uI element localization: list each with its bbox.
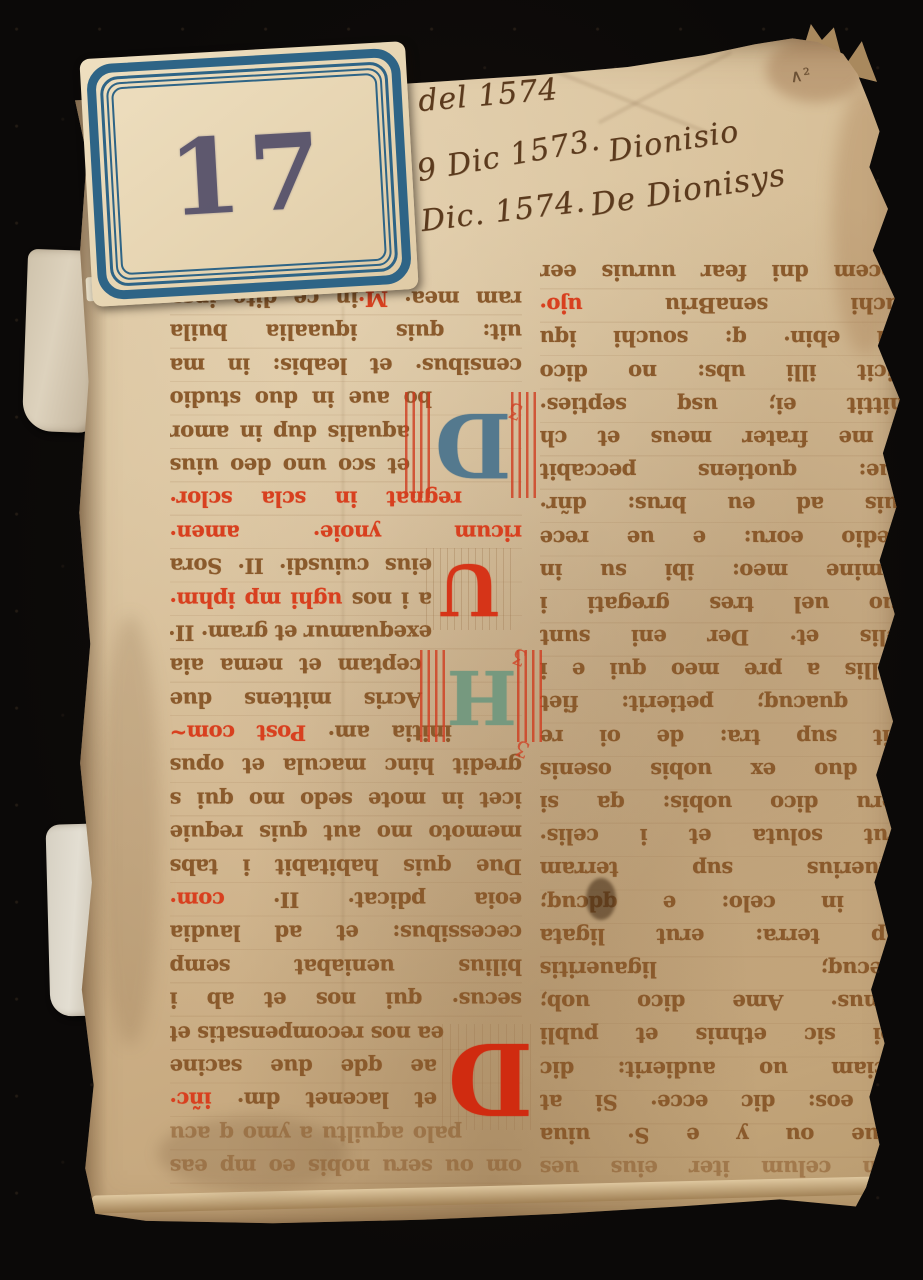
ink-text: A duo ex uobis osenis	[540, 758, 912, 783]
manuscript-line: tibi sic ethnis et publi	[540, 1019, 912, 1052]
illuminated-initial-red-d: D	[442, 1024, 538, 1130]
manuscript-line: ecciam uo audierit: dic	[540, 1053, 912, 1086]
manuscript-line: ricum ynoie· amen·	[170, 516, 522, 549]
ink-text: cum celum iter eius ues	[540, 1156, 912, 1181]
manuscript-line: mit sup tra: de oi re	[540, 721, 912, 754]
manuscript-line: om ou seru nobis eo mp eas	[170, 1150, 522, 1183]
initial-glyph: U	[439, 554, 500, 624]
ink-text: uit: quis iquaalia buila	[170, 320, 522, 345]
ink-text: ecillis a pre meo qui e i	[540, 658, 912, 683]
inscription-date-over-label: del 1574	[417, 72, 560, 119]
manuscript-line: Due quis habitabit i tabs	[170, 850, 522, 883]
manuscript-line: eoia pdicat· II· com·	[170, 883, 522, 916]
ink-text: et lacenet dm·	[212, 1088, 437, 1113]
ink-text: ae qde due sacine	[170, 1054, 437, 1079]
ink-text: cecessibus: et ad laudia	[170, 921, 522, 946]
inscription-owner-name-1: Dionisio	[606, 114, 742, 169]
stain	[100, 616, 160, 1046]
ink-text: mit sup tra: de oi re	[540, 725, 912, 750]
ink-text: bo aue in duo studio	[170, 387, 432, 412]
ink-text: ripue ou y e S· uiua	[540, 1123, 912, 1148]
manuscript-line: memoto mo aut quis requie	[170, 816, 522, 849]
ink-text: ie quacuq; petierit: fiet	[540, 692, 912, 717]
manuscript-line: iteru dico uobis: qa si	[540, 787, 912, 820]
ink-text: nomine meo: ibi su in	[540, 559, 912, 584]
ink-text: Dicit illi ubs: no dico	[540, 360, 912, 385]
shelfmark-label: 17	[79, 41, 418, 307]
ink-text: exequamur et gram· II·	[170, 620, 432, 645]
ink-text: eoia pdicat· II·	[225, 887, 522, 912]
manuscript-line: nomine meo: ibi su in	[540, 555, 912, 588]
ink-text: soluerius sup terram	[540, 858, 912, 883]
label-border: 17	[99, 61, 398, 287]
manuscript-line: i me frater meus et ch	[540, 422, 912, 455]
manuscript-line: gredit hinc macula et opus	[170, 749, 522, 782]
manuscript-line: icet in mote sedo mo qui s	[170, 783, 522, 816]
manuscript-line: et in celo: e qdcuq;	[540, 887, 912, 920]
shelfmark-number: 17	[165, 108, 332, 240]
ink-text: memoto mo aut quis requie	[170, 821, 522, 846]
manuscript-line: erut soluta et i celis·	[540, 820, 912, 853]
manuscript-line: nr eos: dic ecce· Si at	[540, 1086, 912, 1119]
ink-text: Due: quotiens peccabit	[540, 459, 912, 484]
manuscript-line: sup terra: erut ligata	[540, 920, 912, 953]
illuminated-initial-red-block: U	[426, 548, 514, 630]
ink-text: eius cuiusdi· II· Sora	[170, 554, 432, 579]
ink-text: et in celo: e qdcuq;	[540, 891, 912, 916]
label-border: 17	[106, 67, 393, 280]
penwork-hatching	[420, 650, 447, 742]
ink-text: mittit ei; usq septies·	[540, 393, 912, 418]
manuscript-line: duo uel tres gregati i	[540, 588, 912, 621]
ink-text: icet in mote sedo mo qui s	[170, 787, 522, 812]
ink-text: iteru dico uobis: qa si	[540, 791, 912, 816]
ink-text: gredit hinc macula et opus	[170, 754, 522, 779]
photograph-background: { "scene": { "description": "Medieval pa…	[0, 0, 923, 1280]
manuscript-line: chi ebin· q: souchi iqu	[540, 322, 912, 355]
ink-text: ceptam et nema aia	[170, 654, 422, 679]
manuscript-column-right: Decem dni fear uuruis eersuchi senaBriu …	[540, 256, 912, 1185]
manuscript-line: uit: quis iquaalia buila	[170, 315, 522, 348]
ink-text: chi ebin· q: souchi iqu	[540, 327, 912, 352]
rubric-text: ujo·	[540, 293, 665, 318]
ink-text: suchi senaBriu	[665, 293, 912, 318]
ink-text: ram mea·	[388, 286, 522, 311]
ink-text: euis ad eu brus: dñr·	[540, 493, 912, 518]
manuscript-line: secus· qui nos et ab i	[170, 983, 522, 1016]
label-border-inner: 17	[111, 73, 387, 276]
rubric-text: ughi mp iphm·	[170, 587, 342, 612]
initial-glyph: H	[447, 659, 517, 733]
manuscript-line: cum celum iter eius ues	[540, 1152, 912, 1185]
inscription-date-1574: 1 Dic. 1574.	[389, 184, 588, 243]
rubric-text: ricum ynoie· amen·	[170, 520, 522, 545]
ink-text: ea nos recompensatis et	[170, 1021, 444, 1046]
ink-text: tibi sic ethnis et publi	[540, 1024, 912, 1049]
ink-text: duo uel tres gregati i	[540, 592, 912, 617]
penwork-hatching	[405, 392, 435, 498]
manuscript-line: mittit ei; usq septies·	[540, 389, 912, 422]
ink-text: medio eoru: e ue rece	[540, 526, 912, 551]
ink-text: i me frater meus et ch	[540, 426, 912, 451]
manuscript-line: quecuq; ligaueritis	[540, 953, 912, 986]
ink-text: secus· qui nos et ab i	[170, 988, 522, 1013]
manuscript-line: bilius ueniabat semp	[170, 950, 522, 983]
manuscript-line: ripue ou y e S· uiua	[540, 1119, 912, 1152]
manuscript-line: medio eoru: e ue rece	[540, 522, 912, 555]
ink-text: celis et· Der eni sunt	[540, 625, 912, 650]
ink-text: censibus· et leabis: in ma	[170, 353, 522, 378]
manuscript-line: cecessibus: et ad laudia	[170, 916, 522, 949]
ink-text: bilius ueniabat semp	[170, 954, 522, 979]
manuscript-line: Due: quotiens peccabit	[540, 455, 912, 488]
manuscript-line: Dicit illi ubs: no dico	[540, 356, 912, 389]
ink-text: om ou seru nobis eo mp eas	[170, 1155, 522, 1180]
ink-text: Acris mittens due	[170, 687, 422, 712]
ink-text: eamus· Ame dico uob;	[540, 990, 912, 1015]
ink-text: Decem dni fear uuruis eer	[540, 260, 912, 285]
manuscript-line: celis et· Der eni sunt	[540, 621, 912, 654]
ink-text: erut soluta et i celis·	[540, 824, 912, 849]
rubric-text: iñc·	[170, 1088, 212, 1113]
manuscript-line: censibus· et leabis: in ma	[170, 349, 522, 382]
corner-quire-mark: ∧²	[789, 65, 813, 88]
manuscript-line: Decem dni fear uuruis eer	[540, 256, 912, 289]
ink-text: aqualis dup in amor	[170, 420, 410, 445]
initial-glyph: D	[435, 401, 511, 489]
inscription-date-1573: 19 Dic 1573.	[395, 122, 604, 192]
manuscript-line: euis ad eu brus: dñr·	[540, 488, 912, 521]
manuscript-line: ie quacuq; petierit: fiet	[540, 687, 912, 720]
ink-text: nr eos: dic ecce· Si at	[540, 1090, 912, 1115]
manuscript-line: eamus· Ame dico uob;	[540, 986, 912, 1019]
manuscript-line: suchi senaBriu ujo·	[540, 289, 912, 322]
initial-glyph: D	[448, 1028, 533, 1126]
stain	[766, 38, 866, 102]
ink-text: et sco uno deo uius	[170, 453, 410, 478]
ink-text: sup terra: erut ligata	[540, 924, 912, 949]
ink-text: quecuq; ligaueritis	[540, 957, 912, 982]
rubric-text: com·	[170, 887, 225, 912]
ink-text: ecciam uo audierit: dic	[540, 1057, 912, 1082]
manuscript-line: soluerius sup terram	[540, 853, 912, 886]
ink-text: palo aquiltu a ymo q acu	[170, 1121, 462, 1146]
label-border-outer: 17	[86, 47, 413, 300]
ink-text: a i nos	[342, 587, 432, 612]
manuscript-line: A duo ex uobis osenis	[540, 754, 912, 787]
illuminated-initial-teal-h: H	[420, 650, 544, 742]
manuscript-line: ecillis a pre meo qui e i	[540, 654, 912, 687]
ink-text: Due quis habitabit i tabs	[170, 854, 522, 879]
rubric-text: Post com~	[170, 720, 306, 745]
